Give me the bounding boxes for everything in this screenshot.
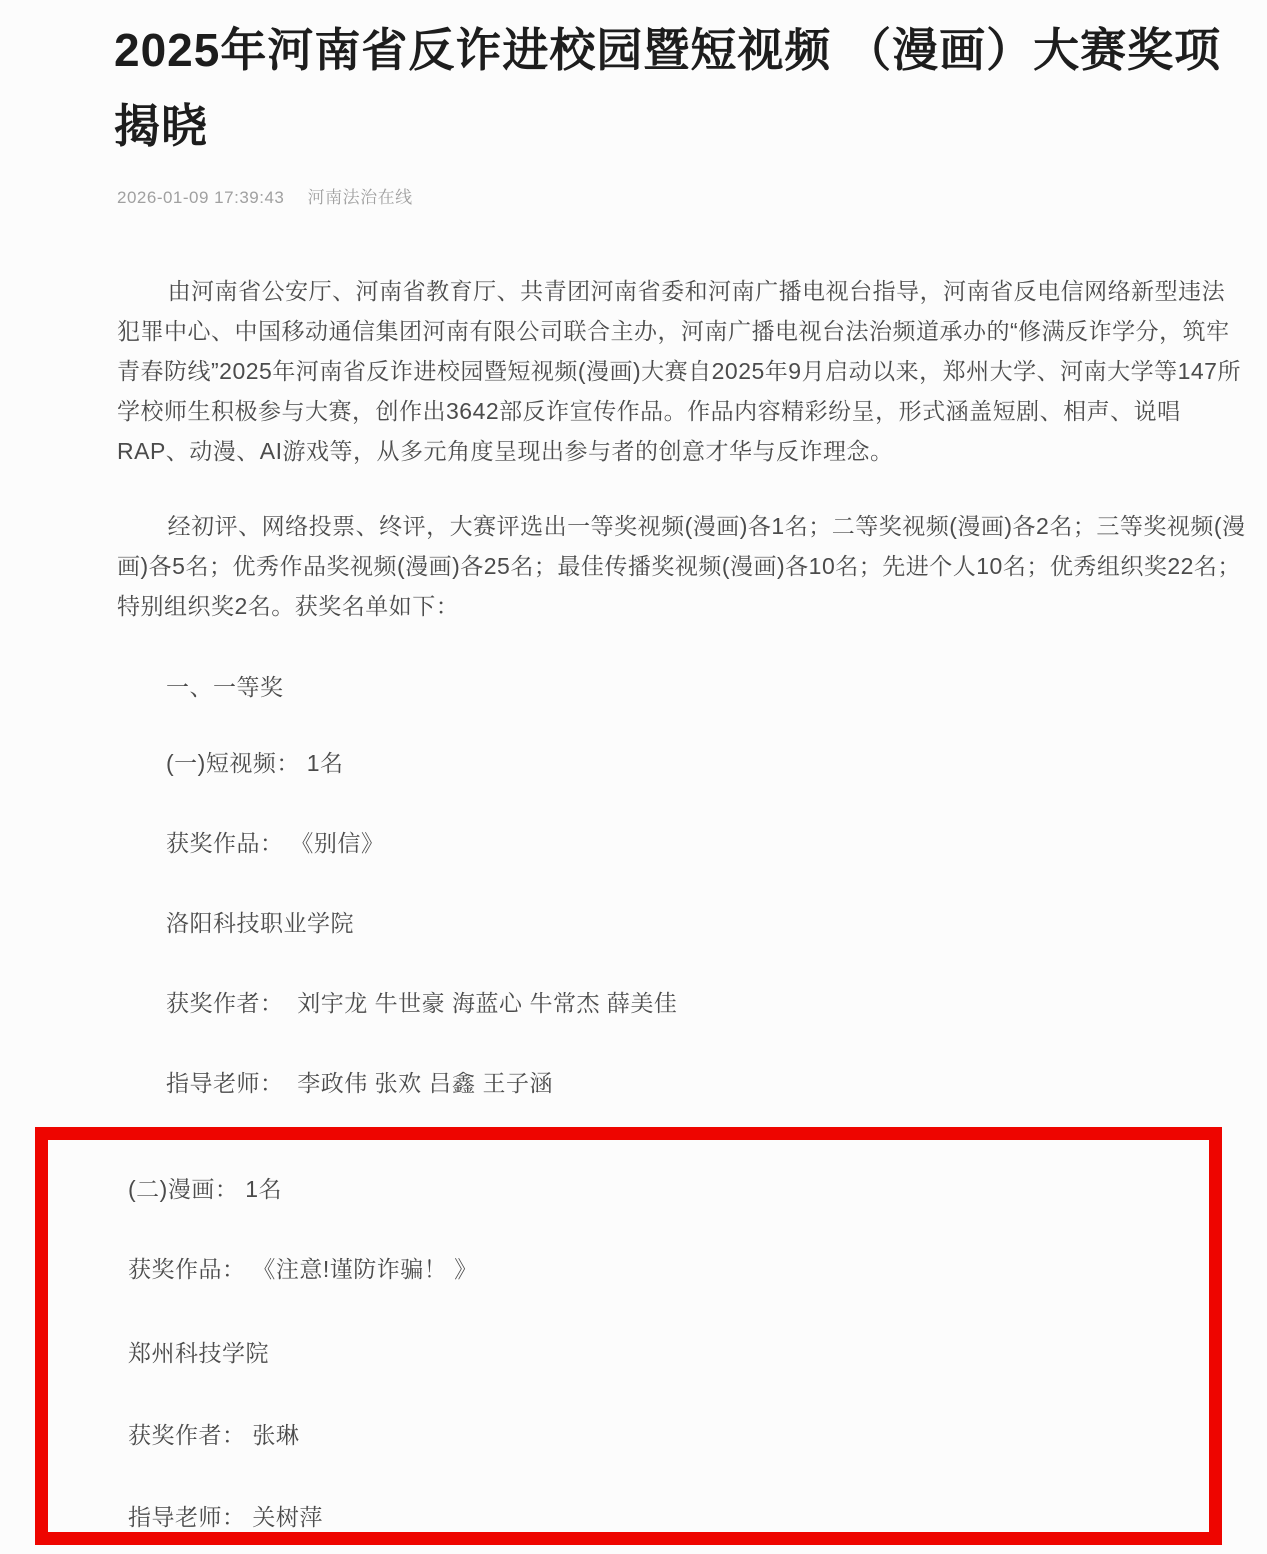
source-name: 河南法治在线 (308, 188, 413, 207)
comic-teachers-line: 指导老师： 关树萍 (128, 1502, 323, 1532)
short-video-work-line: 获奖作品： 《别信》 (166, 828, 384, 858)
awards-summary-paragraph: 经初评、网络投票、终评，大赛评选出一等奖视频(漫画)各1名；二等奖视频(漫画)各… (117, 506, 1257, 626)
article-meta: 2026-01-09 17:39:43 河南法治在线 (117, 183, 413, 208)
article-title: 2025年河南省反诈进校园暨短视频 （漫画）大赛奖项 揭晓 (114, 12, 1254, 164)
short-video-teachers-line: 指导老师： 李政伟 张欢 吕鑫 王子涵 (166, 1068, 553, 1098)
comic-authors-line: 获奖作者： 张琳 (128, 1420, 299, 1450)
comic-school-line: 郑州科技学院 (128, 1338, 269, 1368)
article-page: 2025年河南省反诈进校园暨短视频 （漫画）大赛奖项 揭晓 2026-01-09… (0, 0, 1267, 1554)
short-video-category-line: (一)短视频： 1名 (166, 748, 344, 778)
publish-datetime: 2026-01-09 17:39:43 (117, 188, 284, 207)
comic-category-line: (二)漫画： 1名 (128, 1174, 282, 1204)
short-video-school-line: 洛阳科技职业学院 (166, 908, 354, 938)
intro-paragraph: 由河南省公安厅、河南省教育厅、共青团河南省委和河南广播电视台指导，河南省反电信网… (117, 271, 1257, 471)
comic-work-line: 获奖作品： 《注意!谨防诈骗！ 》 (128, 1254, 478, 1284)
first-prize-heading: 一、一等奖 (166, 672, 284, 702)
short-video-authors-line: 获奖作者： 刘宇龙 牛世豪 海蓝心 牛常杰 薛美佳 (166, 988, 677, 1018)
